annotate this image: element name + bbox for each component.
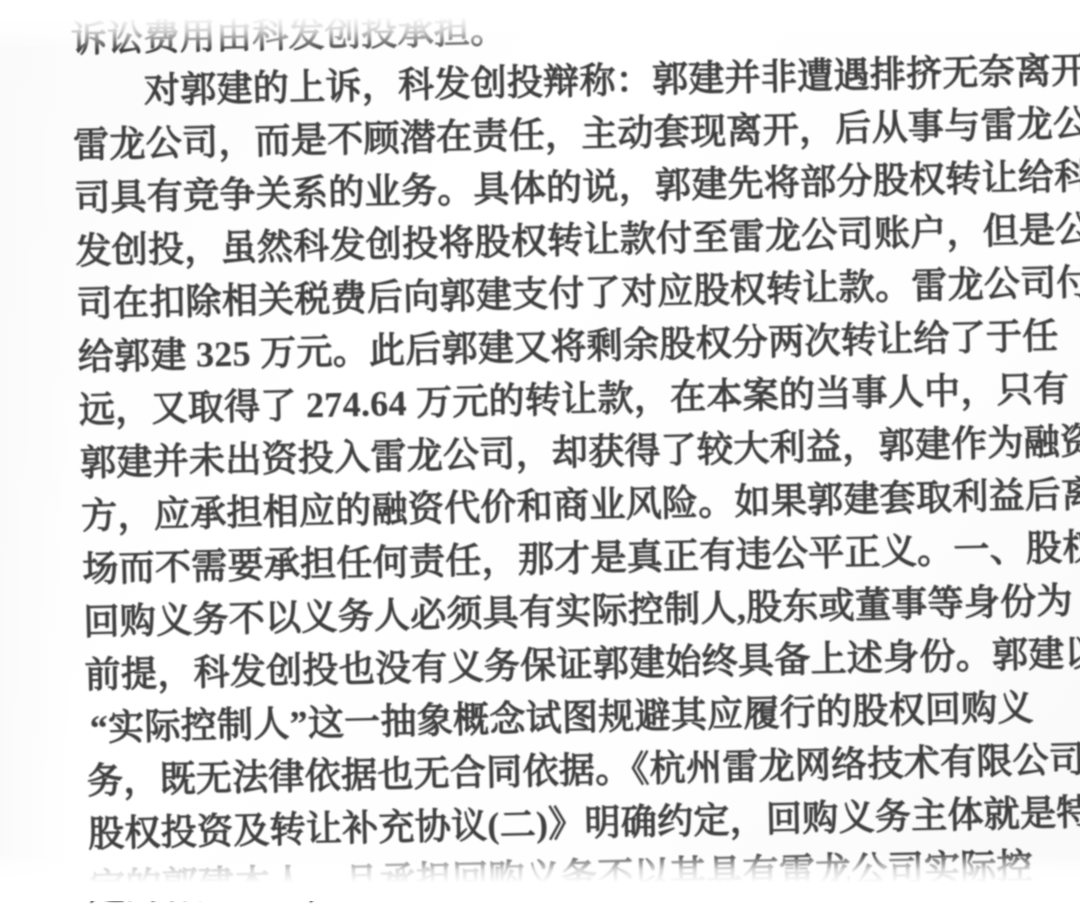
document-page: 诉讼费用由科发创投承担。对郭建的上诉，科发创投辩称：郭建并非遭遇排挤无奈离开雷龙… [0, 0, 1080, 901]
judgment-text-block: 诉讼费用由科发创投承担。对郭建的上诉，科发创投辩称：郭建并非遭遇排挤无奈离开雷龙… [70, 0, 1027, 901]
scan-fade-left [0, 0, 70, 901]
